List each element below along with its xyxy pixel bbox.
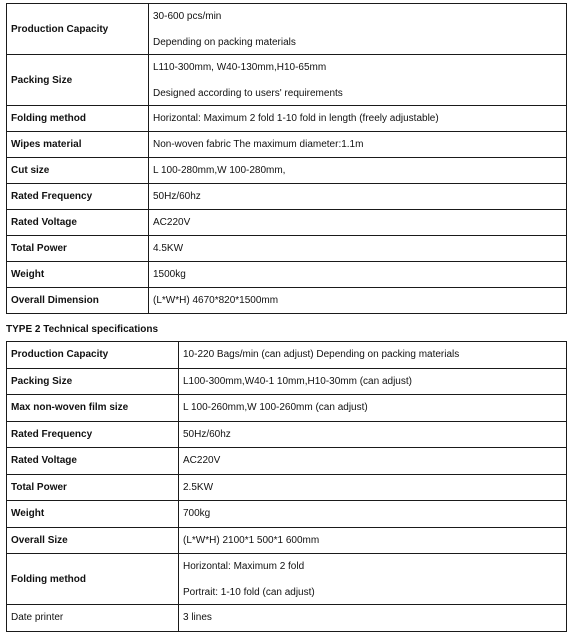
spec-row: Production Capacity30-600 pcs/minDependi… <box>7 4 567 55</box>
spec-row: Folding methodHorizontal: Maximum 2 fold… <box>7 106 567 132</box>
spec-value: 2.5KW <box>179 474 567 501</box>
spec-label: Production Capacity <box>7 342 179 369</box>
spec-value: Horizontal: Maximum 2 fold 1-10 fold in … <box>149 106 567 132</box>
spec-value: 1500kg <box>149 262 567 288</box>
spec-label: Rated Frequency <box>7 184 149 210</box>
spec-value-line: Horizontal: Maximum 2 fold <box>183 560 566 573</box>
spec-value-line: Depending on packing materials <box>153 36 566 49</box>
spec-value: Non-woven fabric The maximum diameter:1.… <box>149 132 567 158</box>
spec-label: Overall Size <box>7 527 179 554</box>
spec-value: 10-220 Bags/min (can adjust) Depending o… <box>179 342 567 369</box>
spec-value: 30-600 pcs/minDepending on packing mater… <box>149 4 567 55</box>
type2-spec-table: Production Capacity10-220 Bags/min (can … <box>6 341 567 632</box>
spec-value: 4.5KW <box>149 236 567 262</box>
spec-value-line: Portrait: 1-10 fold (can adjust) <box>183 586 566 599</box>
spec-label: Weight <box>7 262 149 288</box>
spec-label: Packing Size <box>7 368 179 395</box>
spec-label: Rated Voltage <box>7 448 179 475</box>
spec-row: Weight700kg <box>7 501 567 528</box>
spec-label: Folding method <box>7 554 179 605</box>
type1-spec-table: Production Capacity30-600 pcs/minDependi… <box>6 3 567 314</box>
spec-row: Total Power2.5KW <box>7 474 567 501</box>
spec-label: Overall Dimension <box>7 288 149 314</box>
spec-label: Max non-woven film size <box>7 395 179 422</box>
spec-label: Rated Voltage <box>7 210 149 236</box>
spec-value-line: 30-600 pcs/min <box>153 10 566 23</box>
spec-value: AC220V <box>179 448 567 475</box>
spec-value: 3 lines <box>179 605 567 632</box>
spec-label: Date printer <box>7 605 179 632</box>
spec-value: (L*W*H) 2100*1 500*1 600mm <box>179 527 567 554</box>
spec-row: Rated Frequency50Hz/60hz <box>7 184 567 210</box>
spec-label: Folding method <box>7 106 149 132</box>
spec-label: Rated Frequency <box>7 421 179 448</box>
spec-value: (L*W*H) 4670*820*1500mm <box>149 288 567 314</box>
spec-value: L 100-260mm,W 100-260mm (can adjust) <box>179 395 567 422</box>
spec-value: 700kg <box>179 501 567 528</box>
spec-row: Rated Frequency50Hz/60hz <box>7 421 567 448</box>
spec-row: Weight1500kg <box>7 262 567 288</box>
spec-row: Folding methodHorizontal: Maximum 2 fold… <box>7 554 567 605</box>
spec-row: Wipes materialNon-woven fabric The maxim… <box>7 132 567 158</box>
spec-value: 50Hz/60hz <box>149 184 567 210</box>
type2-heading: TYPE 2 Technical specifications <box>6 324 158 335</box>
spec-value: Horizontal: Maximum 2 foldPortrait: 1-10… <box>179 554 567 605</box>
spec-value: L110-300mm, W40-130mm,H10-65mmDesigned a… <box>149 55 567 106</box>
spec-value: AC220V <box>149 210 567 236</box>
spec-label: Production Capacity <box>7 4 149 55</box>
spec-label: Cut size <box>7 158 149 184</box>
spec-row: Packing SizeL110-300mm, W40-130mm,H10-65… <box>7 55 567 106</box>
spec-label: Weight <box>7 501 179 528</box>
spec-value: L100-300mm,W40-1 10mm,H10-30mm (can adju… <box>179 368 567 395</box>
spec-row: Overall Dimension(L*W*H) 4670*820*1500mm <box>7 288 567 314</box>
spec-value: 50Hz/60hz <box>179 421 567 448</box>
spec-row: Packing SizeL100-300mm,W40-1 10mm,H10-30… <box>7 368 567 395</box>
spec-label: Total Power <box>7 236 149 262</box>
spec-value-line: L110-300mm, W40-130mm,H10-65mm <box>153 61 566 74</box>
spec-row: Total Power4.5KW <box>7 236 567 262</box>
spec-row: Date printer3 lines <box>7 605 567 632</box>
spec-label: Wipes material <box>7 132 149 158</box>
spec-row: Overall Size(L*W*H) 2100*1 500*1 600mm <box>7 527 567 554</box>
spec-row: Cut sizeL 100-280mm,W 100-280mm, <box>7 158 567 184</box>
spec-row: Rated VoltageAC220V <box>7 448 567 475</box>
spec-row: Max non-woven film sizeL 100-260mm,W 100… <box>7 395 567 422</box>
spec-value-line: Designed according to users' requirement… <box>153 87 566 100</box>
spec-label: Total Power <box>7 474 179 501</box>
spec-value: L 100-280mm,W 100-280mm, <box>149 158 567 184</box>
spec-label: Packing Size <box>7 55 149 106</box>
spec-row: Rated VoltageAC220V <box>7 210 567 236</box>
spec-row: Production Capacity10-220 Bags/min (can … <box>7 342 567 369</box>
